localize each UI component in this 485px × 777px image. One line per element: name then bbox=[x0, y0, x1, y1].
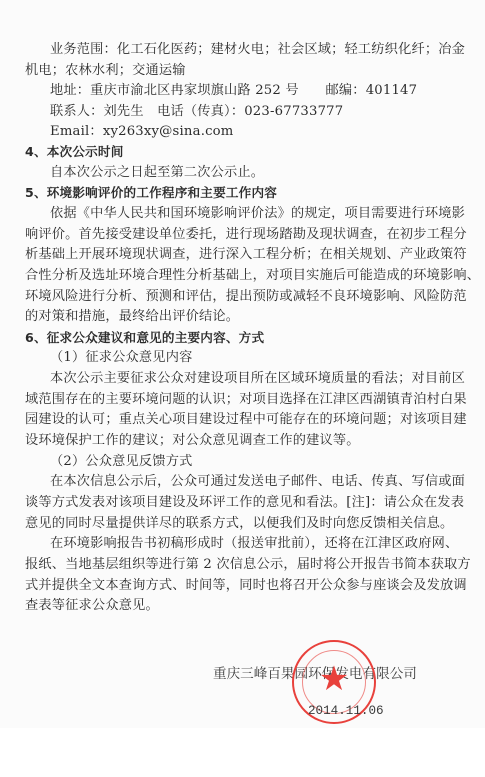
subsection-1-line: 园建设的认可；重点关心项目建设过程中可能存在的环境问题；对该项目建 bbox=[25, 411, 467, 429]
subsection-2-line: 意见的同时尽量提供详尽的联系方式，以便我们及时向您反馈相关信息。 bbox=[25, 515, 453, 533]
section-6-heading: 6、征求公众建议和意见的主要内容、方式 bbox=[25, 329, 264, 347]
closing-line: 在环境影响报告书初稿形成时（报送审批前），还将在江津区政府网、 bbox=[50, 535, 458, 553]
section-4-heading: 4、本次公示时间 bbox=[25, 143, 124, 161]
section-4-text: 自本次公示之日起至第二次公示止。 bbox=[50, 164, 264, 182]
address-line: 地址：重庆市渝北区冉家坝旗山路 252 号 邮编：401147 bbox=[50, 82, 417, 100]
closing-line: 报纸、当地基层组织等进行第 2 次信息公示，届时将公开报告书简本获取方 bbox=[25, 556, 471, 574]
section-5-line: 响评价。首先接受建设单位委托，进行现场踏勘及现状调查，在初步工程分 bbox=[25, 226, 467, 244]
section-5-line: 析基础上开展环境现状调查，进行深入工程分析；在相关规划、产业政策符 bbox=[25, 246, 467, 264]
subsection-2-line: 谈等方式发表对该项目建设及环评工作的意见和看法。[注]：请公众在发表 bbox=[25, 494, 464, 512]
document-page: 业务范围：化工石化医药；建材火电；社会区域；轻工纺织化纤；冶金 机电；农林水利；… bbox=[0, 0, 485, 728]
section-5-line: 的对策和措施，最终给出评价结论。 bbox=[25, 308, 239, 326]
star-icon: ★ bbox=[294, 662, 374, 696]
section-5-line: 依据《中华人民共和国环境影响评价法》的规定，项目需要进行环境影 bbox=[50, 205, 465, 223]
subsection-1-title: （1）征求公众意见内容 bbox=[50, 349, 192, 367]
business-scope-line-1: 业务范围：化工石化医药；建材火电；社会区域；轻工纺织化纤；冶金 bbox=[50, 41, 465, 59]
subsection-1-line: 域范围存在的主要环境问题的认识；对项目选择在江津区西湖镇青泊村白果 bbox=[25, 391, 467, 409]
closing-line: 查表等征求公众意见。 bbox=[25, 597, 159, 615]
business-scope-line-2: 机电；农林水利；交通运输 bbox=[25, 62, 186, 80]
email-line: Email：xy263xy@sina.com bbox=[50, 123, 234, 141]
subsection-2-title: （2）公众意见反馈方式 bbox=[50, 453, 192, 471]
section-5-heading: 5、环境影响评价的工作程序和主要工作内容 bbox=[25, 184, 277, 202]
signature-date: 2014.11.06 bbox=[308, 704, 384, 718]
closing-line: 式并提供全文本查询方式、时间等，同时也将召开公众参与座谈会及发放调 bbox=[25, 577, 467, 595]
subsection-2-line: 在本次信息公示后，公众可通过发送电子邮件、电话、传真、写信或面 bbox=[50, 473, 465, 491]
subsection-1-line: 本次公示主要征求公众对建设项目所在区域环境质量的看法；对目前区 bbox=[50, 370, 465, 388]
subsection-1-line: 设环境保护工作的建议；对公众意见调查工作的建议等。 bbox=[25, 432, 360, 450]
section-5-line: 环境风险进行分析、预测和评估，提出预防或减轻不良环境影响、风险防范 bbox=[25, 288, 467, 306]
section-5-line: 合性分析及选址环境合理性分析基础上，对项目实施后可能造成的环境影响、 bbox=[25, 267, 480, 285]
contact-line: 联系人：刘先生 电话（传真）：023-67733777 bbox=[50, 103, 343, 121]
